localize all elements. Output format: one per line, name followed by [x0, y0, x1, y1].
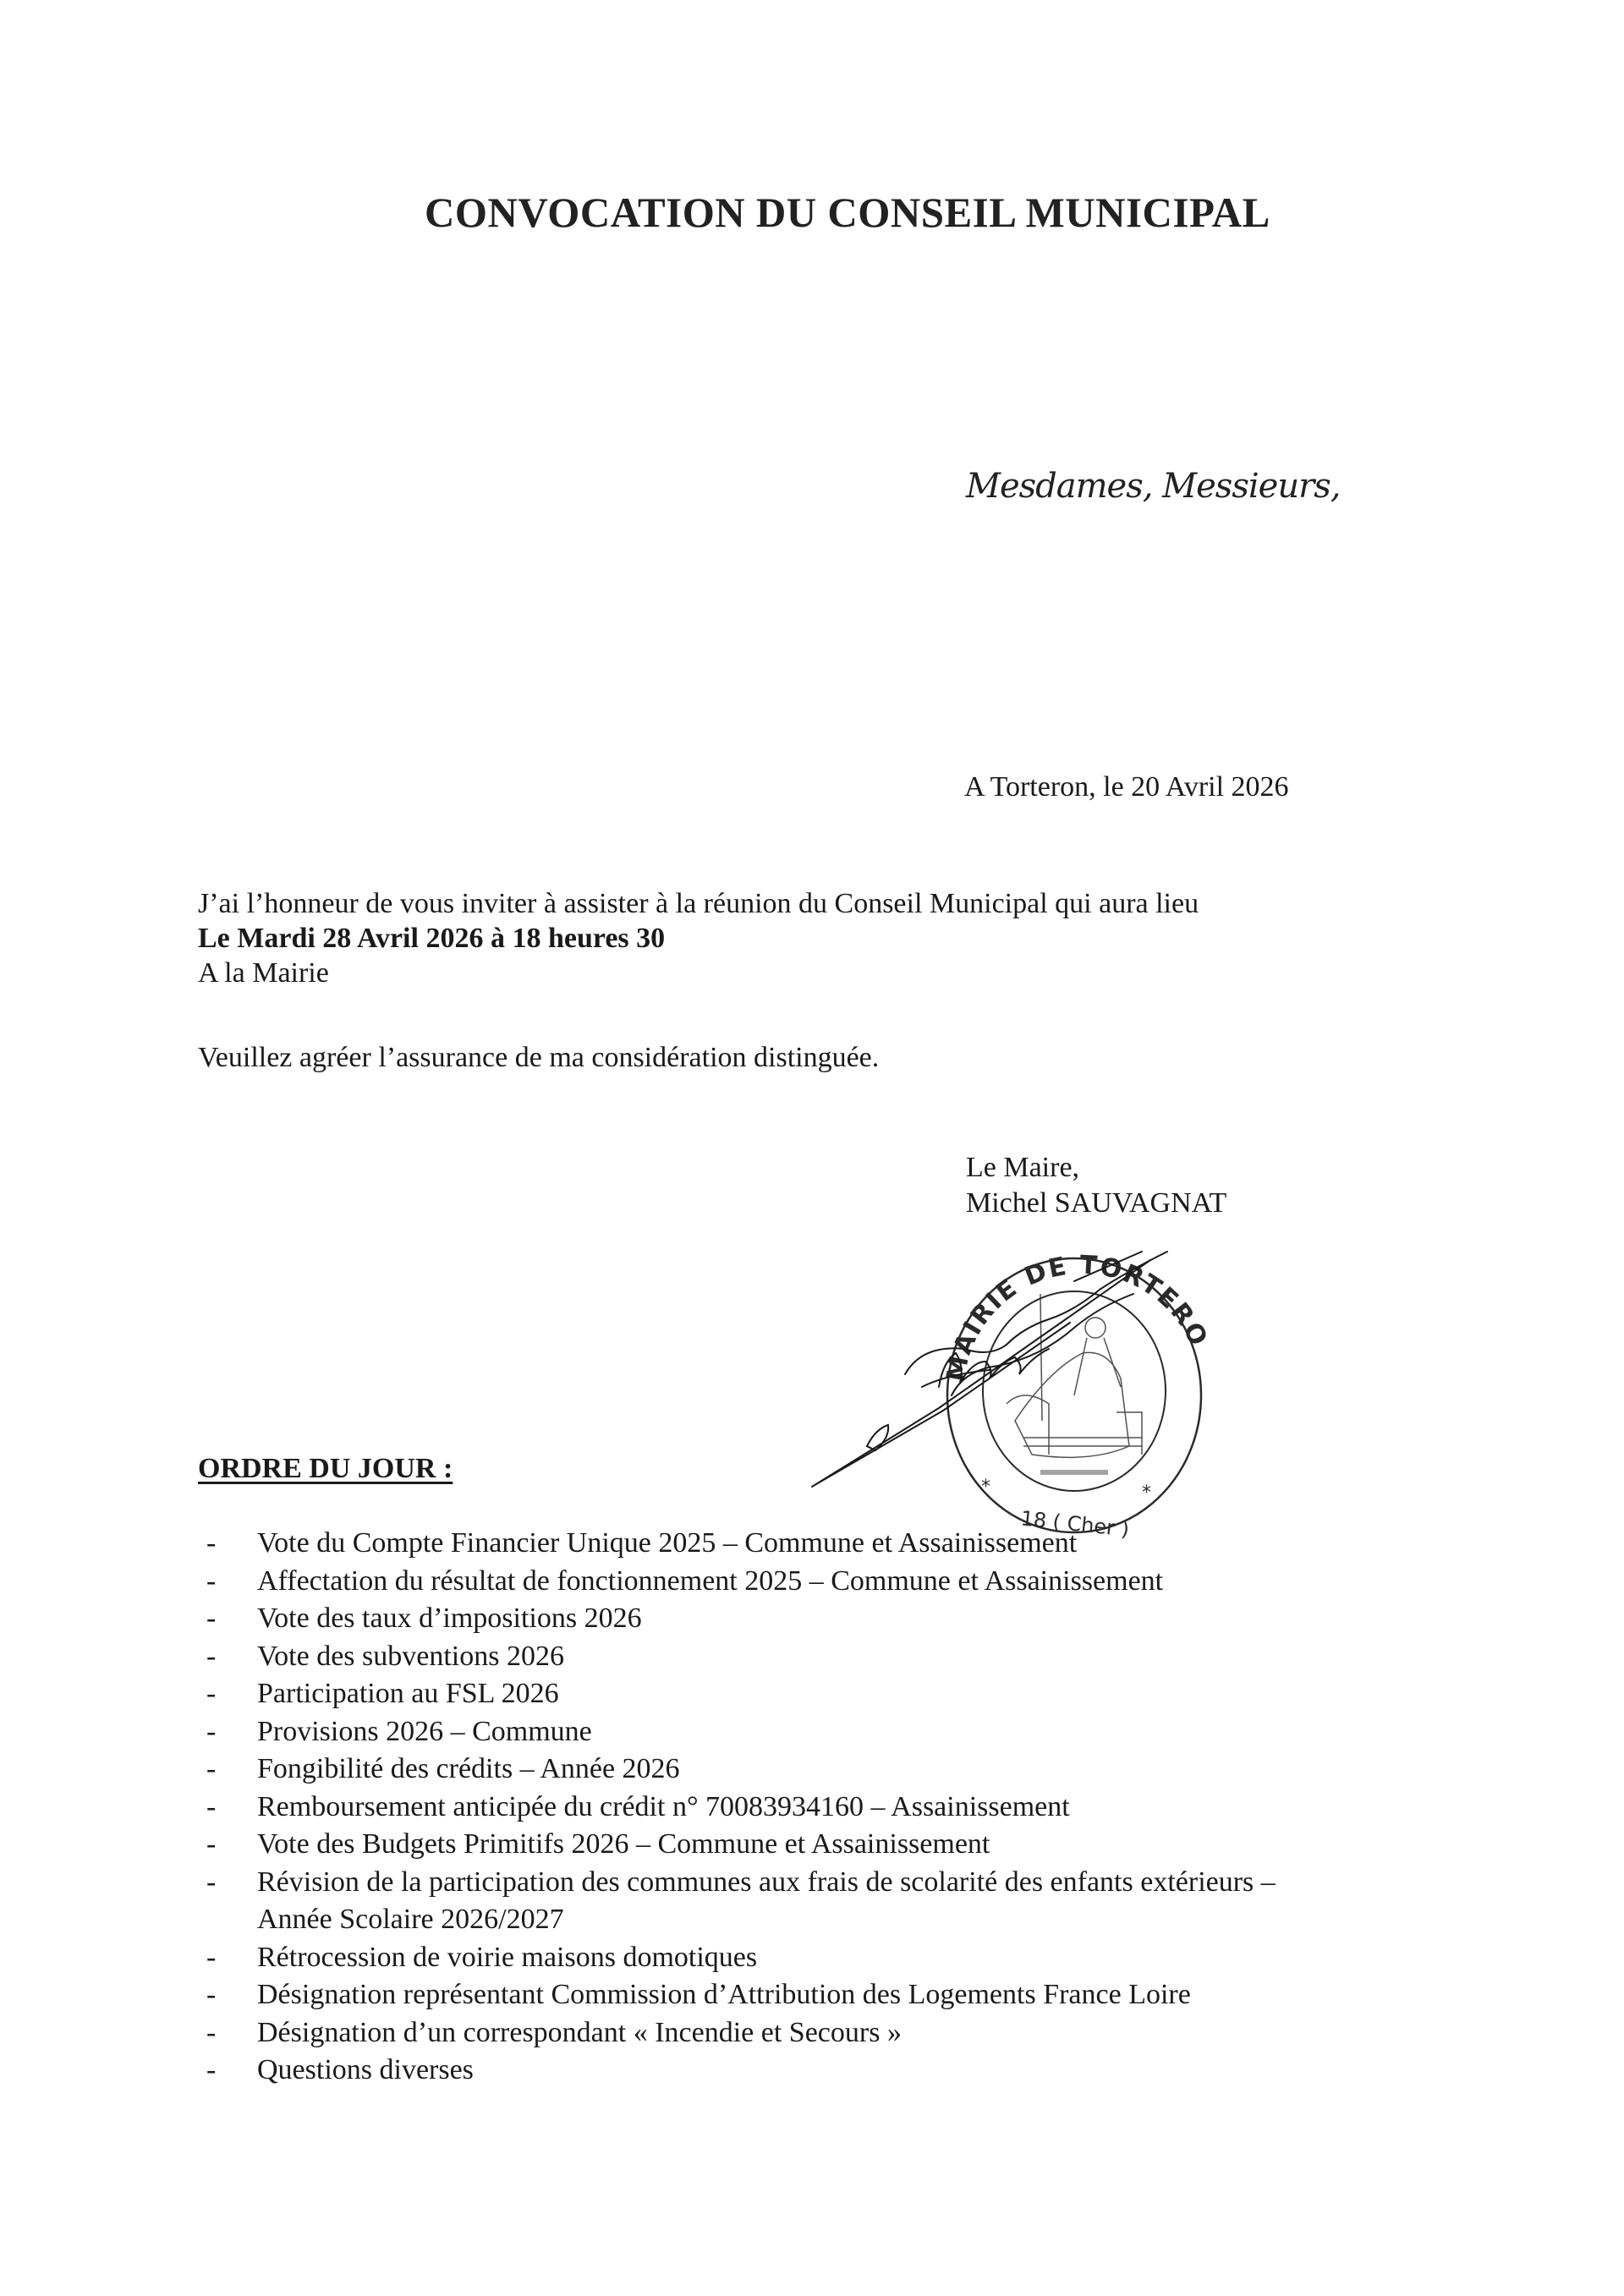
bullet-dash-icon: -: [206, 1713, 216, 1751]
closing-formula: Veuillez agréer l’assurance de ma consid…: [198, 1042, 879, 1074]
agenda-item-text: Affectation du résultat de fonctionnemen…: [257, 1565, 1163, 1597]
agenda-item: -Vote des subventions 2026: [200, 1638, 1276, 1676]
bullet-dash-icon: -: [206, 1789, 216, 1827]
bullet-dash-icon: -: [206, 1600, 216, 1638]
document-page: CONVOCATION DU CONSEIL MUNICIPAL Mesdame…: [0, 0, 1624, 2296]
bullet-dash-icon: -: [206, 1751, 216, 1789]
bullet-dash-icon: -: [206, 1525, 216, 1563]
agenda-item: -Fongibilité des crédits – Année 2026: [200, 1751, 1276, 1789]
bullet-dash-icon: -: [206, 2052, 216, 2090]
handwritten-salutation: Mesdames, Messieurs,: [966, 467, 1340, 506]
place-and-date: A Torteron, le 20 Avril 2026: [964, 771, 1289, 803]
agenda-list: -Vote du Compte Financier Unique 2025 – …: [200, 1525, 1276, 2090]
agenda-item: -Vote du Compte Financier Unique 2025 – …: [200, 1525, 1276, 1563]
agenda-item-text: Remboursement anticipée du crédit n° 700…: [257, 1791, 1070, 1822]
agenda-item: -Questions diverses: [200, 2052, 1276, 2090]
agenda-item: -Désignation d’un correspondant « Incend…: [200, 2014, 1276, 2052]
svg-text:*: *: [1142, 1482, 1151, 1504]
agenda-item: -Participation au FSL 2026: [200, 1675, 1276, 1713]
bullet-dash-icon: -: [206, 2014, 216, 2052]
agenda-item: -Provisions 2026 – Commune: [200, 1713, 1276, 1751]
bullet-dash-icon: -: [206, 1826, 216, 1864]
meeting-location: A la Mairie: [198, 956, 1199, 990]
bullet-dash-icon: -: [206, 1976, 216, 2014]
agenda-item-text: Vote du Compte Financier Unique 2025 – C…: [257, 1527, 1077, 1559]
agenda-item-text: Vote des Budgets Primitifs 2026 – Commun…: [257, 1828, 990, 1860]
agenda-item-text: Fongibilité des crédits – Année 2026: [257, 1753, 680, 1784]
agenda-item-text: Désignation représentant Commission d’At…: [257, 1979, 1191, 2010]
official-stamp-and-signature-icon: MAIRIE DE TORTERON 18 ( Cher ) * *: [795, 1201, 1303, 1539]
bullet-dash-icon: -: [206, 1939, 216, 1977]
document-title: CONVOCATION DU CONSEIL MUNICIPAL: [425, 188, 1270, 237]
invitation-line: J’ai l’honneur de vous inviter à assiste…: [198, 886, 1199, 921]
bullet-dash-icon: -: [206, 1864, 216, 1902]
signatory-role: Le Maire,: [966, 1150, 1226, 1186]
agenda-item-text: Participation au FSL 2026: [257, 1678, 559, 1709]
agenda-item: -Révision de la participation des commun…: [200, 1864, 1276, 1939]
agenda-item-text: Vote des subventions 2026: [257, 1641, 564, 1672]
svg-text:MAIRIE DE TORTERON: MAIRIE DE TORTERON: [795, 1201, 1214, 1384]
invitation-paragraph: J’ai l’honneur de vous inviter à assiste…: [198, 886, 1199, 990]
agenda-heading: ORDRE DU JOUR :: [198, 1453, 453, 1485]
agenda-item-text: Provisions 2026 – Commune: [257, 1716, 592, 1747]
bullet-dash-icon: -: [206, 1563, 216, 1601]
agenda-item-text: Rétrocession de voirie maisons domotique…: [257, 1942, 757, 1973]
bullet-dash-icon: -: [206, 1675, 216, 1713]
svg-text:*: *: [981, 1477, 990, 1498]
agenda-item-text: Vote des taux d’impositions 2026: [257, 1603, 642, 1634]
agenda-item-continuation: Année Scolaire 2026/2027: [257, 1901, 1276, 1939]
agenda-item: -Désignation représentant Commission d’A…: [200, 1976, 1276, 2014]
agenda-item: -Remboursement anticipée du crédit n° 70…: [200, 1789, 1276, 1827]
agenda-item-text: Désignation d’un correspondant « Incendi…: [257, 2017, 902, 2048]
agenda-item: -Affectation du résultat de fonctionneme…: [200, 1563, 1276, 1601]
agenda-item-text: Questions diverses: [257, 2054, 474, 2085]
bullet-dash-icon: -: [206, 1638, 216, 1676]
agenda-item: -Vote des Budgets Primitifs 2026 – Commu…: [200, 1826, 1276, 1864]
agenda-item-text: Révision de la participation des commune…: [257, 1866, 1276, 1898]
meeting-date-time: Le Mardi 28 Avril 2026 à 18 heures 30: [198, 921, 1199, 956]
agenda-item: -Rétrocession de voirie maisons domotiqu…: [200, 1939, 1276, 1977]
agenda-item: -Vote des taux d’impositions 2026: [200, 1600, 1276, 1638]
